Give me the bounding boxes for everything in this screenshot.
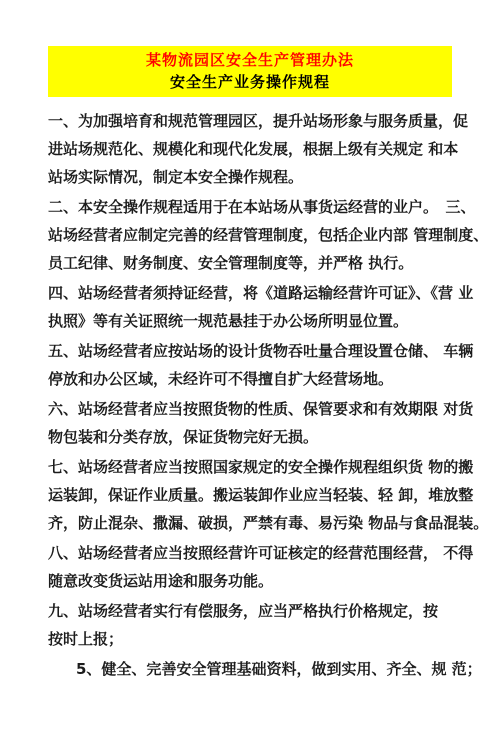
paragraph-6: 六、站场经营者应当按照货物的性质、保管要求和有效期限 对货 物包装和分类存放，保… <box>48 395 452 451</box>
paragraph-8: 八、站场经营者应当按照经营许可证核定的经营范围经营， 不得 随意改变货运站用途和… <box>48 539 452 595</box>
document-subtitle: 安全生产业务操作规程 <box>48 71 452 93</box>
text-line: 运装卸，保证作业质量。搬运装卸作业应当轻装、轻 卸，堆放整 <box>48 481 452 509</box>
paragraph-5: 五、站场经营者应按站场的设计货物吞吐量合理设置仓储、 车辆 停放和办公区域，未经… <box>48 337 452 393</box>
text-line: 站场经营者应制定完善的经营管理制度，包括企业内部 管理制度、 <box>48 221 452 249</box>
text-line: 5、健全、完善安全管理基础资料，做到实用、齐全、规 范； <box>48 655 452 683</box>
text-line: 四、站场经营者须持证经营，将《道路运输经营许可证》、《营 业 <box>48 279 452 307</box>
paragraph-item-5: 5、健全、完善安全管理基础资料，做到实用、齐全、规 范； <box>48 655 452 683</box>
text-line: 八、站场经营者应当按照经营许可证核定的经营范围经营， 不得 <box>48 539 452 567</box>
paragraph-2-3: 二、本安全操作规程适用于在本站场从事货运经营的业户。 三、 站场经营者应制定完善… <box>48 193 452 277</box>
paragraph-4: 四、站场经营者须持证经营，将《道路运输经营许可证》、《营 业 执照》等有关证照统… <box>48 279 452 335</box>
text-line: 齐，防止混杂、撒漏、破损，严禁有毒、易污染 物品与食品混装。 <box>48 509 452 537</box>
text-line: 进站场规范化、规模化和现代化发展，根据上级有关规定 和本 <box>48 135 452 163</box>
paragraph-1: 一、为加强培育和规范管理园区，提升站场形象与服务质量，促 进站场规范化、规模化和… <box>48 107 452 191</box>
text-line: 二、本安全操作规程适用于在本站场从事货运经营的业户。 三、 <box>48 193 452 221</box>
text-line: 一、为加强培育和规范管理园区，提升站场形象与服务质量，促 <box>48 107 452 135</box>
document-title: 某物流园区安全生产管理办法 <box>48 49 452 71</box>
text-line: 停放和办公区域，未经许可不得擅自扩大经营场地。 <box>48 365 452 393</box>
text-line: 员工纪律、财务制度、安全管理制度等，并严格 执行。 <box>48 249 452 277</box>
document-page: 某物流园区安全生产管理办法 安全生产业务操作规程 一、为加强培育和规范管理园区，… <box>0 0 500 743</box>
text-line: 五、站场经营者应按站场的设计货物吞吐量合理设置仓储、 车辆 <box>48 337 452 365</box>
text-line: 执照》等有关证照统一规范悬挂于办公场所明显位置。 <box>48 307 452 335</box>
document-body: 一、为加强培育和规范管理园区，提升站场形象与服务质量，促 进站场规范化、规模化和… <box>48 107 452 683</box>
text-line: 物包装和分类存放，保证货物完好无损。 <box>48 423 452 451</box>
text-line: 随意改变货运站用途和服务功能。 <box>48 567 452 595</box>
text-line: 九、站场经营者实行有偿服务，应当严格执行价格规定，按 <box>48 597 452 625</box>
document-content: 某物流园区安全生产管理办法 安全生产业务操作规程 一、为加强培育和规范管理园区，… <box>48 46 452 685</box>
text-line: 六、站场经营者应当按照货物的性质、保管要求和有效期限 对货 <box>48 395 452 423</box>
title-banner: 某物流园区安全生产管理办法 安全生产业务操作规程 <box>48 46 452 97</box>
text-line: 站场实际情况，制定本安全操作规程。 <box>48 163 452 191</box>
paragraph-7: 七、站场经营者应当按照国家规定的安全操作规程组织货 物的搬 运装卸，保证作业质量… <box>48 453 452 537</box>
text-line: 按时上报； <box>48 625 452 653</box>
paragraph-9: 九、站场经营者实行有偿服务，应当严格执行价格规定，按 按时上报； <box>48 597 452 653</box>
text-line: 七、站场经营者应当按照国家规定的安全操作规程组织货 物的搬 <box>48 453 452 481</box>
